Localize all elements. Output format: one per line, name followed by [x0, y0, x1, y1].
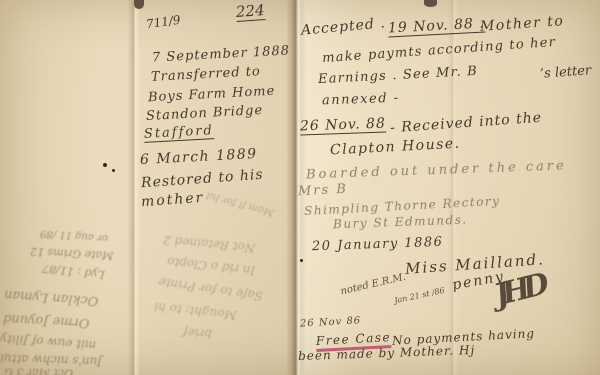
- ink-speck: [103, 163, 107, 167]
- fold-crease: [128, 0, 140, 375]
- entry-line: make paymts according to her: [322, 36, 557, 65]
- reference-number: 711/9: [145, 14, 181, 31]
- entry-line: - Received into the: [390, 111, 543, 136]
- entry-line: Boys Farm Home: [148, 85, 276, 105]
- bleed-through-line: Mate Grims 12: [30, 246, 114, 261]
- pencil-note-line: Mrs B: [298, 183, 349, 199]
- pencil-note-line: Boarded out under the care: [306, 159, 567, 181]
- page-number: 224: [235, 3, 265, 22]
- entry-date: 6 March 1889: [140, 147, 258, 167]
- bleed-through-line: or aug 11 /89: [40, 228, 109, 243]
- bleed-through-line: mit euw of Jility: [0, 333, 96, 352]
- entry-line: Restored to his: [141, 168, 264, 191]
- entry-line: Accepted .: [301, 16, 387, 37]
- bleed-through-line: brief: [183, 326, 213, 340]
- bleed-through-line: Safe to for Printe: [158, 276, 264, 303]
- entry-date: 26 Nov 86: [300, 316, 362, 329]
- entry-date: 19 Nov. 88 .: [388, 16, 486, 37]
- entry-line: Stafford: [144, 124, 215, 143]
- entry-date: 26 Nov. 88: [300, 117, 386, 136]
- paper-notch: [134, 0, 144, 9]
- bleed-through-line: Mam fl for lut: [205, 189, 275, 217]
- bleed-through-line: Lyd : 11/87: [42, 263, 106, 281]
- bleed-through-line: Orme Joyund: [3, 312, 90, 330]
- ink-speck: [112, 169, 115, 172]
- bleed-through-line: Oct Mar 3 G: [4, 366, 73, 375]
- pencil-note-line: Shimpling Thorne Rectory: [304, 195, 501, 217]
- entry-line: Transferred to: [151, 65, 261, 84]
- entry-line: Standon Bridge: [146, 104, 264, 123]
- entry-line: Clapton House.: [330, 137, 461, 158]
- paper-notch: [424, 0, 437, 7]
- clerk-note: noted E.R.M.: [340, 273, 407, 298]
- entry-line: mother: [141, 191, 205, 209]
- clerk-note: Jan 21 st /86: [394, 287, 446, 305]
- bleed-through-line: Not Retained 2: [163, 234, 256, 254]
- entry-line: Mother to: [480, 14, 565, 34]
- bleed-through-line: Mought: to hi: [154, 301, 238, 322]
- entry-date: 7 September 1888: [152, 44, 291, 64]
- ledger-photo: or aug 11 /89Mate Grims 12Lyd : 11/87Ock…: [0, 0, 600, 375]
- entry-line: ’s letter: [540, 64, 592, 81]
- bleed-through-line: Ocklan Lyman: [4, 288, 99, 308]
- signature-monogram: JHD: [492, 271, 545, 312]
- ink-speck: [300, 259, 303, 262]
- bleed-through-line: In rid o Clopto: [167, 255, 256, 276]
- pencil-note-line: Bury St Edmunds.: [333, 214, 468, 231]
- entry-date: 20 January 1886: [312, 236, 444, 254]
- entry-line: Earnings . See Mr. B: [318, 65, 479, 86]
- entry-line: annexed -: [322, 92, 400, 108]
